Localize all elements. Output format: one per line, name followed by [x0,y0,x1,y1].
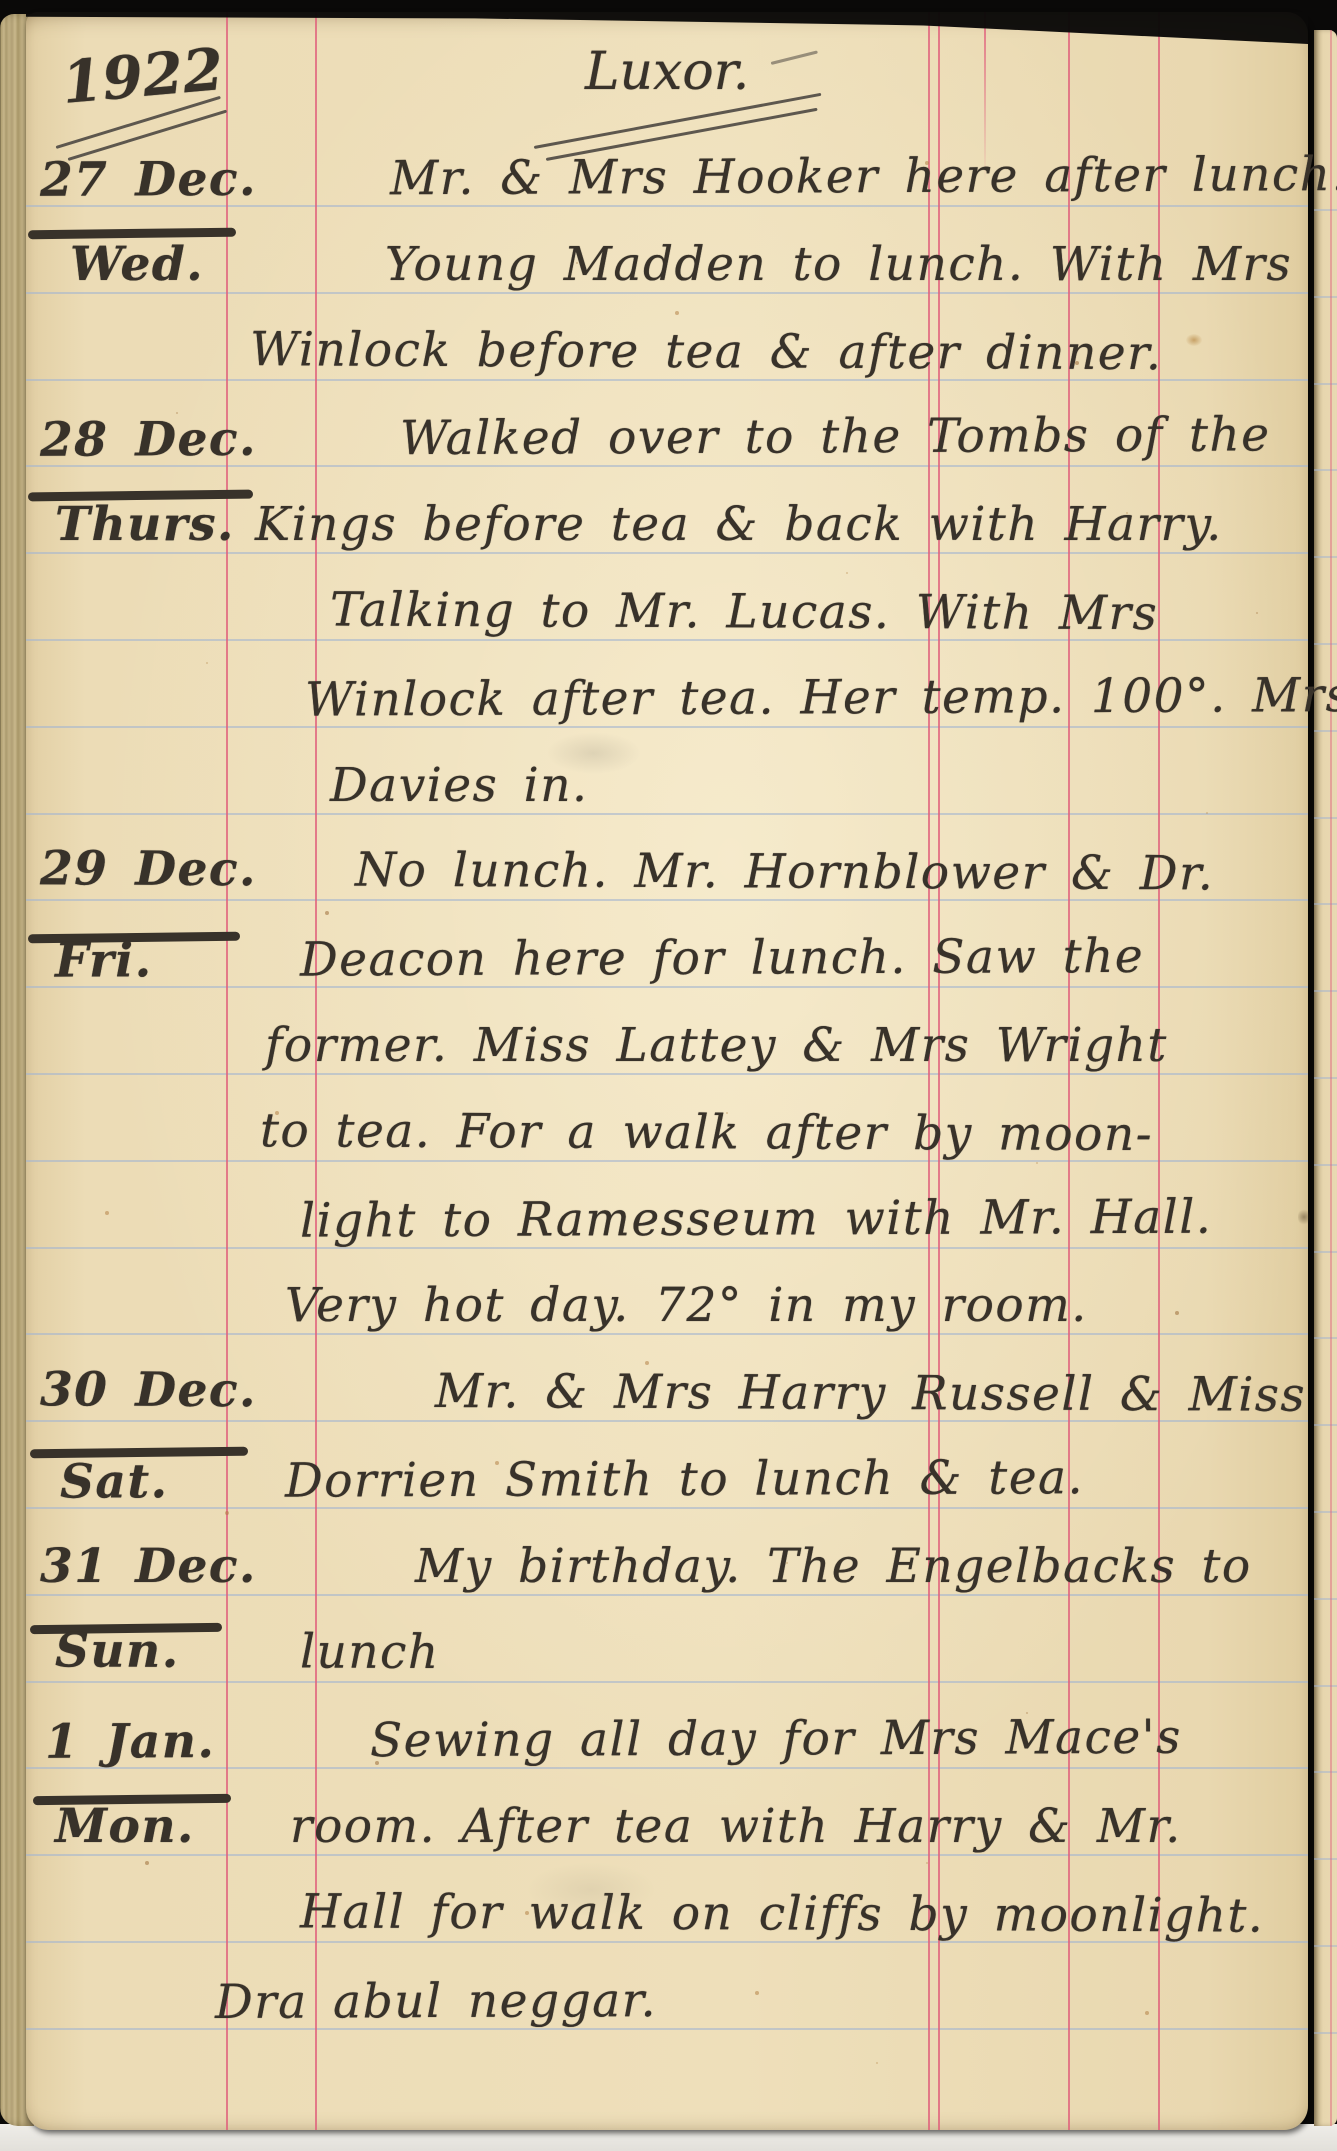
entry-text: Walked over to the Tombs of the [400,409,1271,467]
entry-date: 30 Dec. [40,1363,257,1418]
ruled-line [1314,1424,1337,1426]
ruled-line [1314,817,1337,819]
ink-smudge [526,1862,656,1917]
entry-text: to tea. For a walk after by moon- [260,1104,1153,1162]
journal-row: 28 Dec.Walked over to the Tombs of the [26,409,1308,469]
entry-text: Davies in. [330,759,588,813]
entry-date: 27 Dec. [40,153,257,208]
entry-text: light to Ramesseum with Mr. Hall. [300,1190,1212,1248]
journal-row: Dra abul neggar. [26,1971,1308,2031]
journal-row: 27 Dec.Mr. & Mrs Hooker here after lunch… [26,148,1308,208]
margin-line [1330,30,1332,2126]
entry-day: Thurs. [55,498,235,552]
entry-date: 31 Dec. [40,1540,257,1594]
notebook-page: 1922 Luxor. 27 Dec.Mr. & Mrs Hooker here… [26,12,1308,2130]
paper-stain [1186,334,1202,346]
ruled-line [26,1073,1308,1075]
ruled-line [1314,1858,1337,1860]
ruled-line [26,1333,1308,1335]
entry-text: Very hot day. 72° in my room. [285,1279,1088,1333]
entry-text: Winlock before tea & after dinner. [250,323,1163,381]
entry-text: Young Madden to lunch. With Mrs [385,238,1292,292]
entry-day: Sat. [60,1455,169,1509]
journal-row: Fri.Deacon here for lunch. Saw the [26,929,1308,989]
journal-row: 1 Jan.Sewing all day for Mrs Mace's [26,1711,1308,1771]
ruled-line [1314,643,1337,645]
entry-text: lunch [300,1625,440,1680]
journal-row: Hall for walk on cliffs by moonlight. [26,1884,1308,1944]
ruled-line [1314,1685,1337,1687]
journal-row: Mon.room. After tea with Harry & Mr. [26,1800,1308,1854]
entry-date: 1 Jan. [45,1715,216,1770]
title-flourish-ink [771,50,818,65]
entry-text: Dorrien Smith to lunch & tea. [285,1451,1084,1508]
journal-row: Winlock after tea. Her temp. 100°. Mrs [26,669,1308,729]
ruled-line [1314,469,1337,471]
ruled-line [1314,1511,1337,1513]
ruled-line [1314,1164,1337,1166]
entry-text: Winlock after tea. Her temp. 100°. Mrs [305,669,1337,728]
ruled-line [1314,1945,1337,1947]
entry-text: No lunch. Mr. Hornblower & Dr. [355,844,1215,902]
entry-text: Kings before tea & back with Harry. [255,498,1223,552]
ruled-line [1314,556,1337,558]
ruled-line [26,292,1308,294]
ruled-line [1314,296,1337,298]
entry-text: Deacon here for lunch. Saw the [300,930,1144,988]
page-title: Luxor. [585,42,749,102]
entry-day: Sun. [55,1624,180,1679]
entry-text: Sewing all day for Mrs Mace's [370,1711,1182,1769]
ruled-line [1314,1337,1337,1339]
ruled-line [1314,2032,1337,2034]
entry-text: Dra abul neggar. [215,1974,657,2030]
ruled-line [1314,1077,1337,1079]
ruled-line [26,813,1308,815]
ruled-line [1314,383,1337,385]
entry-date: 29 Dec. [40,843,257,898]
entry-text: former. Miss Lattey & Mrs Wright [265,1019,1168,1073]
entry-day: Mon. [55,1800,195,1854]
journal-row: Thurs.Kings before tea & back with Harry… [26,498,1308,552]
ruled-line [1314,990,1337,992]
ruled-line [1314,209,1337,211]
journal-row: to tea. For a walk after by moon- [26,1103,1308,1163]
scan-background: { "document": { "kind": "handwritten-dia… [0,0,1337,2151]
journal-row: light to Ramesseum with Mr. Hall. [26,1190,1308,1250]
journal-row: 29 Dec.No lunch. Mr. Hornblower & Dr. [26,843,1308,903]
entry-text: Mr. & Mrs Harry Russell & Miss [435,1365,1306,1423]
journal-row: 31 Dec.My birthday. The Engelbacks to [26,1540,1308,1594]
entry-date: 28 Dec. [40,413,257,468]
ruled-line [1314,730,1337,732]
journal-row: 30 Dec.Mr. & Mrs Harry Russell & Miss [26,1363,1308,1423]
journal-row: Talking to Mr. Lucas. With Mrs [26,582,1308,642]
journal-row: Wed.Young Madden to lunch. With Mrs [26,238,1308,292]
journal-row: Winlock before tea & after dinner. [26,322,1308,382]
page-edge-chip [1298,1208,1310,1226]
ruled-line [26,1854,1308,1856]
adjacent-page-edge [1314,30,1337,2126]
ruled-line [1314,903,1337,905]
journal-row: Sun.lunch [26,1624,1308,1684]
journal-row: Davies in. [26,759,1308,813]
entry-day: Fri. [55,934,153,988]
entry-day: Wed. [70,238,204,292]
ruled-line [1314,1598,1337,1600]
journal-row: Sat.Dorrien Smith to lunch & tea. [26,1450,1308,1510]
journal-row: Very hot day. 72° in my room. [26,1279,1308,1333]
entry-text: room. After tea with Harry & Mr. [290,1800,1182,1854]
ink-smudge [546,732,641,774]
entry-text: Hall for walk on cliffs by moonlight. [300,1885,1265,1943]
ruled-line [1314,1771,1337,1773]
entry-text: Mr. & Mrs Hooker here after lunch. [390,148,1337,206]
entry-text: My birthday. The Engelbacks to [415,1540,1252,1594]
journal-row: former. Miss Lattey & Mrs Wright [26,1019,1308,1073]
ruled-line [26,1594,1308,1596]
entry-text: Talking to Mr. Lucas. With Mrs [330,584,1158,642]
ruled-line [26,552,1308,554]
ruled-line [1314,1251,1337,1253]
